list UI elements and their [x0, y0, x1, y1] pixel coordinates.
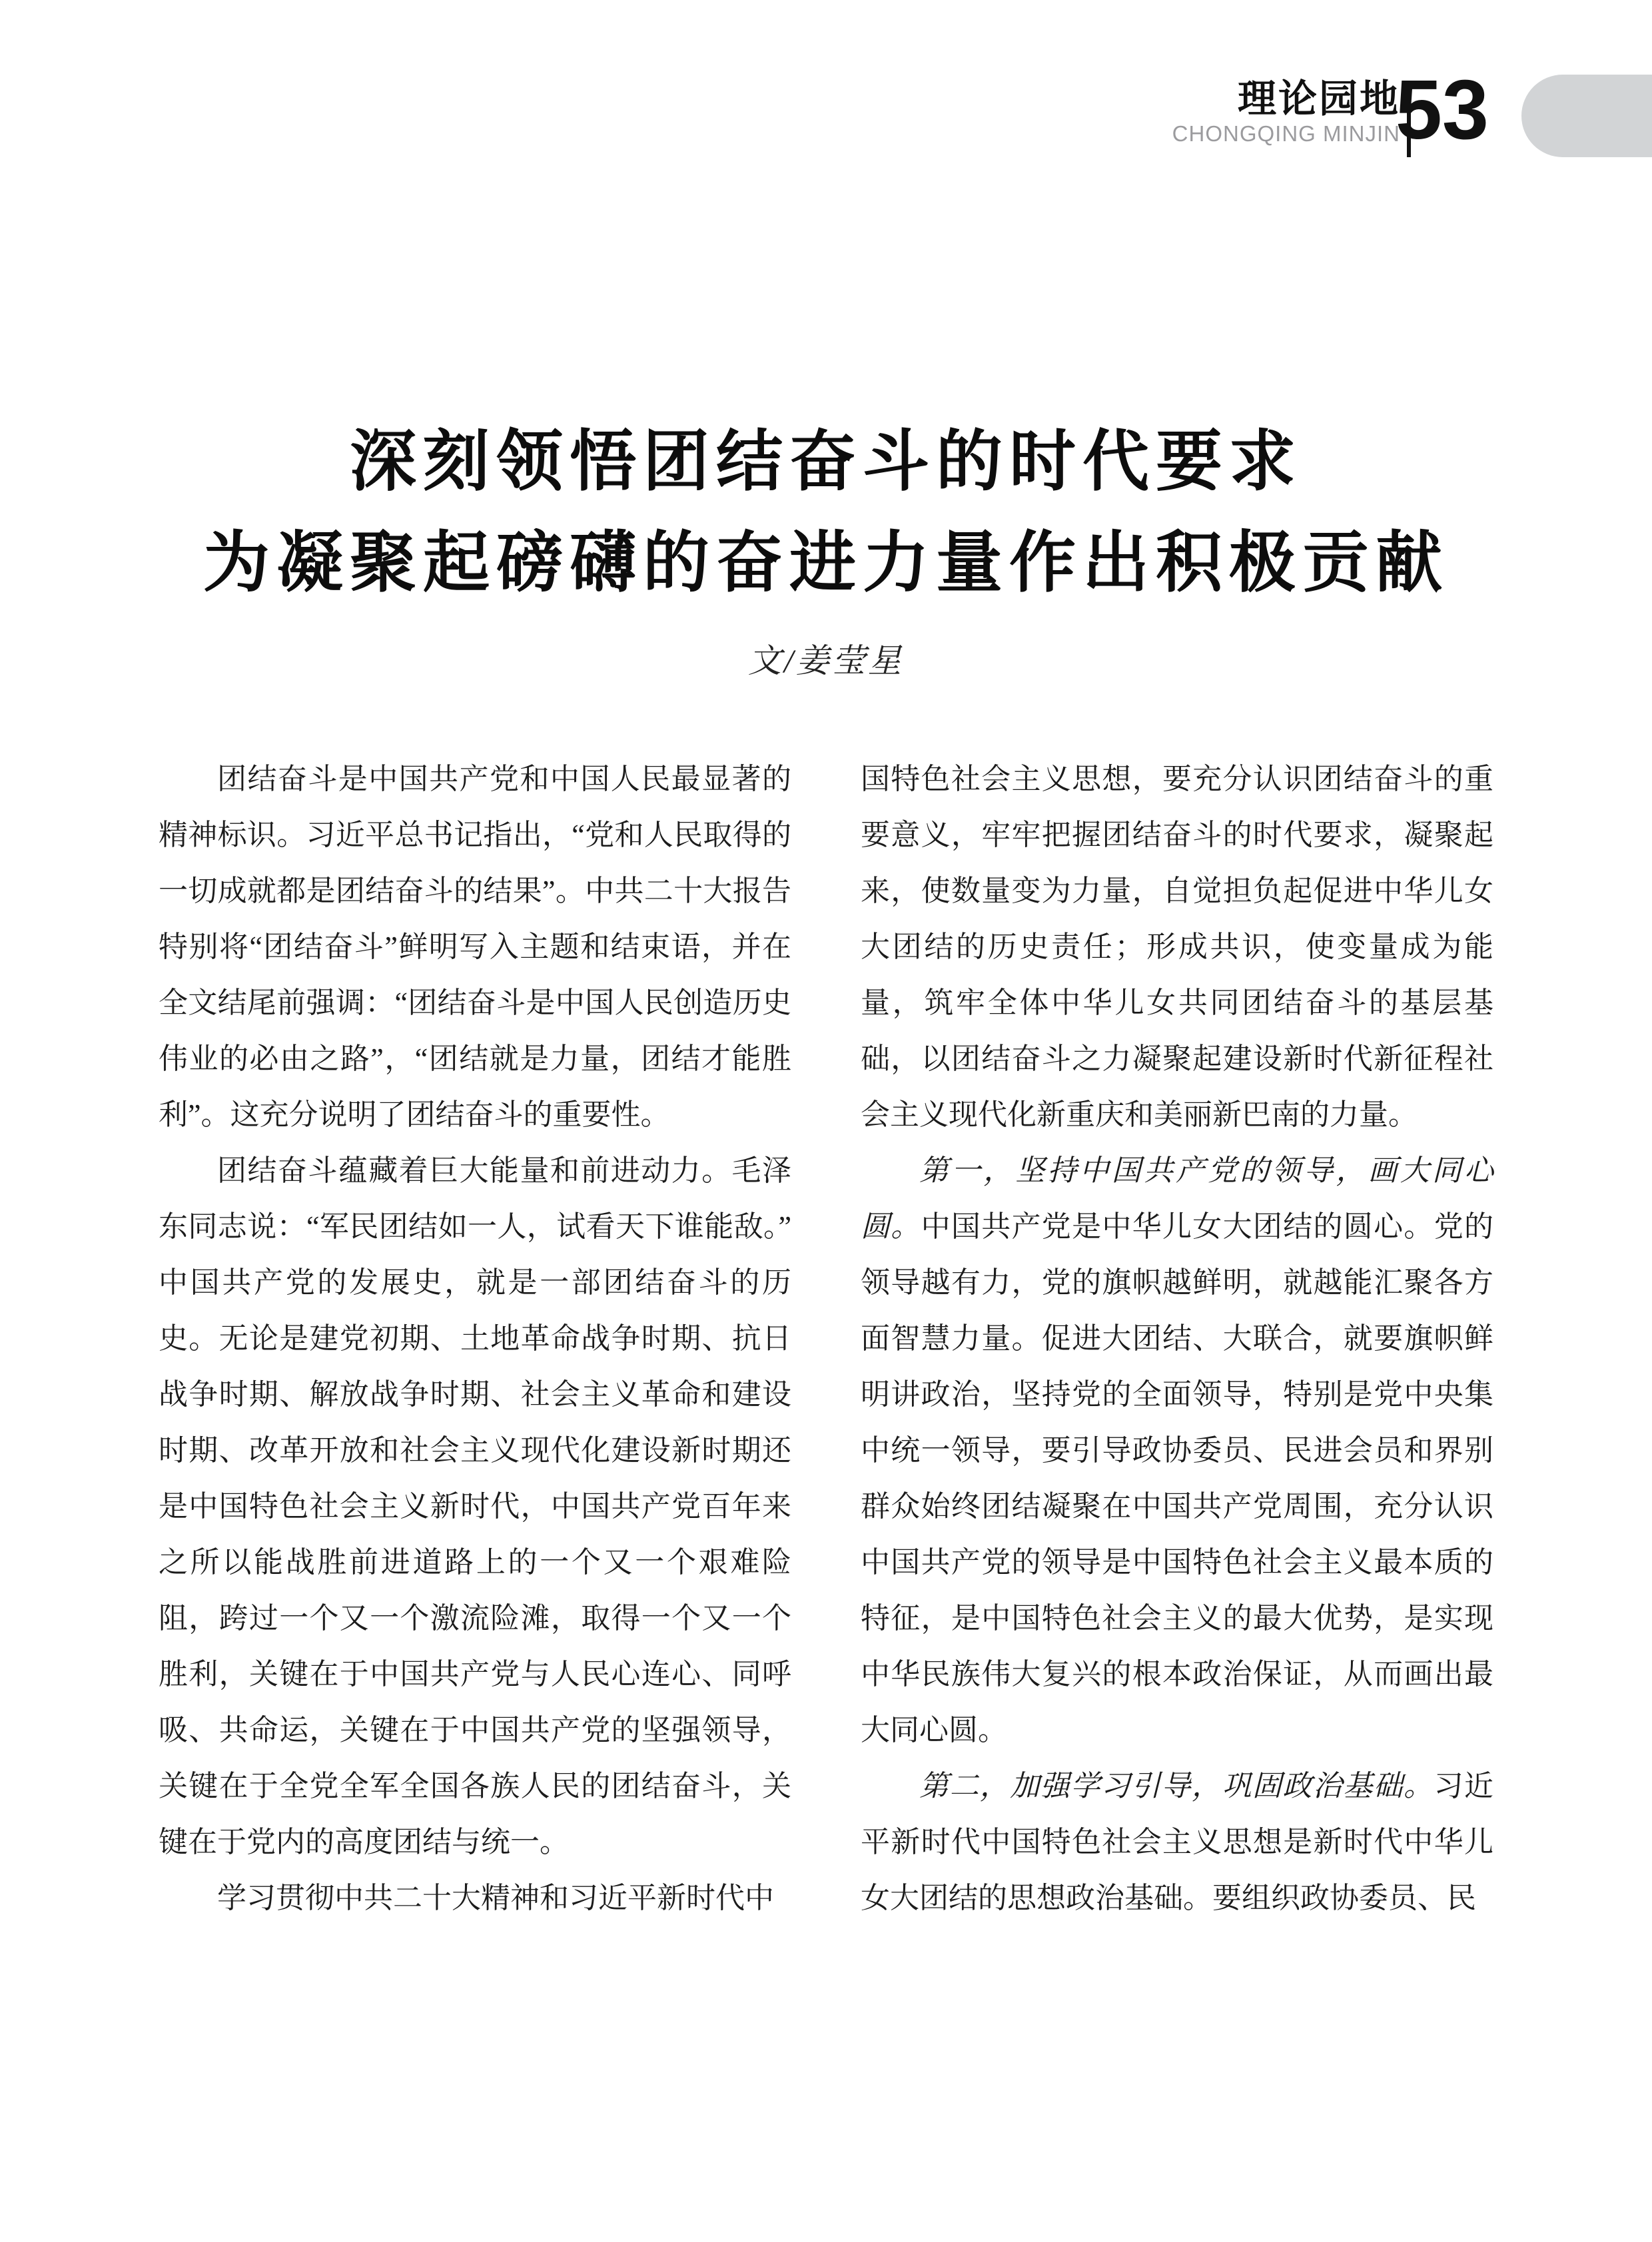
paragraph: 第二，加强学习引导，巩固政治基础。习近平新时代中国特色社会主义思想是新时代中华儿…	[861, 1758, 1493, 1926]
paragraph: 团结奋斗蕴藏着巨大能量和前进动力。毛泽东同志说：“军民团结如一人，试看天下谁能敌…	[159, 1143, 791, 1870]
article-title-line1: 深刻领悟团结奋斗的时代要求	[350, 424, 1302, 499]
corner-tab	[1521, 75, 1652, 157]
article-title-line2: 为凝聚起磅礴的奋进力量作出积极贡献	[203, 526, 1449, 600]
paragraph: 第一，坚持中国共产党的领导，画大同心圆。中国共产党是中华儿女大团结的圆心。党的领…	[861, 1143, 1493, 1758]
paragraph: 国特色社会主义思想，要充分认识团结奋斗的重要意义，牢牢把握团结奋斗的时代要求，凝…	[861, 751, 1493, 1143]
paragraph: 学习贯彻中共二十大精神和习近平新时代中	[159, 1870, 791, 1926]
article-body: 团结奋斗是中国共产党和中国人民最显著的精神标识。习近平总书记指出，“党和人民取得…	[159, 751, 1493, 1926]
byline: 文/姜莹星	[0, 634, 1652, 682]
paragraph: 团结奋斗是中国共产党和中国人民最显著的精神标识。习近平总书记指出，“党和人民取得…	[159, 751, 791, 1143]
magazine-name: CHONGQING MINJIN	[1172, 121, 1400, 147]
masthead-text: 理论园地 CHONGQING MINJIN	[1172, 79, 1400, 147]
section-title: 理论园地	[1172, 79, 1400, 120]
column-left: 团结奋斗是中国共产党和中国人民最显著的精神标识。习近平总书记指出，“党和人民取得…	[159, 751, 791, 1926]
paragraph-lead: 第一，坚持中国共产党的领导，画大同心圆。	[861, 1154, 1493, 1243]
column-right: 国特色社会主义思想，要充分认识团结奋斗的重要意义，牢牢把握团结奋斗的时代要求，凝…	[861, 751, 1493, 1926]
article-title: 深刻领悟团结奋斗的时代要求 为凝聚起磅礴的奋进力量作出积极贡献	[0, 411, 1652, 613]
page-number: 53	[1396, 68, 1489, 152]
magazine-page: { "masthead": { "section_title": "理论园地",…	[0, 0, 1652, 2242]
paragraph-lead: 第二，加强学习引导，巩固政治基础。	[919, 1770, 1434, 1802]
masthead: 理论园地 CHONGQING MINJIN 53	[0, 0, 1652, 173]
